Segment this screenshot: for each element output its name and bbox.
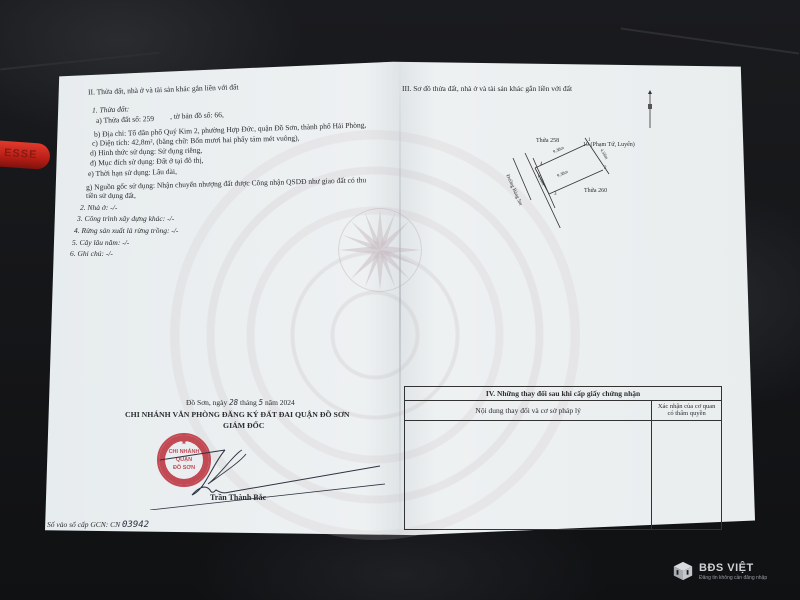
signer-name: Trần Thành Bắc [210,494,266,502]
issue-date: Đồ Sơn, ngày 28 tháng 5 năm 2024 [186,399,295,407]
land-heading: 1. Thửa đất: [92,105,129,114]
north-arrow-icon [640,90,660,130]
parcel-number: a) Thửa đất số: 259 [96,115,154,125]
neighbor-parcel-top: Thửa 258 [536,138,559,144]
item-plantation-forest: 4. Rừng sản xuất là rừng trồng: -/- [74,227,178,235]
registry-number: Số vào sổ cấp GCN: CN 03942 [47,521,149,530]
watermark-tagline: Đăng tin không cần đăng nhập [699,575,767,581]
column-authority-confirmation: Xác nhận của cơ quan có thẩm quyền [652,401,722,421]
drum-star-icon [335,205,425,295]
paper-fold [399,60,401,540]
signer-role: GIÁM ĐỐC [223,422,264,430]
authority-confirmation-cell [652,420,722,529]
red-seatbelt-buckle: ESSE [0,140,51,170]
point-4: 4 [540,162,543,167]
changes-table-title: IV. Những thay đổi sau khi cấp giấy chứn… [405,387,722,401]
item-house: 2. Nhà ở: -/- [80,204,117,212]
column-change-content: Nội dung thay đổi và cơ sở pháp lý [405,401,652,421]
item-other-construction: 3. Công trình xây dựng khác: -/- [77,215,174,223]
point-1: 1 [588,138,591,143]
item-notes: 6. Ghi chú: -/- [70,250,113,258]
cube-logo-icon [672,560,694,582]
section-iii-title: III. Sơ đồ thửa đất, nhà ở và tài sản kh… [402,85,572,93]
bds-viet-watermark: BĐS VIỆT Đăng tin không cần đăng nhập [672,560,767,582]
changes-table: IV. Những thay đổi sau khi cấp giấy chứn… [404,386,722,530]
point-2: 2 [604,166,607,171]
watermark-brand: BĐS VIỆT [699,562,767,574]
signature-icon [150,440,390,510]
land-origin-cont: tiền sử dụng đất, [86,192,136,200]
item-perennial-trees: 5. Cây lâu năm: -/- [72,239,129,247]
map-sheet: , tờ bản đồ số: 66, [170,111,224,120]
issuing-office: CHI NHÁNH VĂN PHÒNG ĐĂNG KÝ ĐẤT ĐAI QUẬN… [125,411,350,419]
date-day: 28 [229,398,238,407]
date-month: 5 [259,398,264,407]
point-3: 3 [554,192,557,197]
change-content-cell [405,420,652,529]
neighbor-parcel-bottom: Thửa 260 [584,188,607,194]
